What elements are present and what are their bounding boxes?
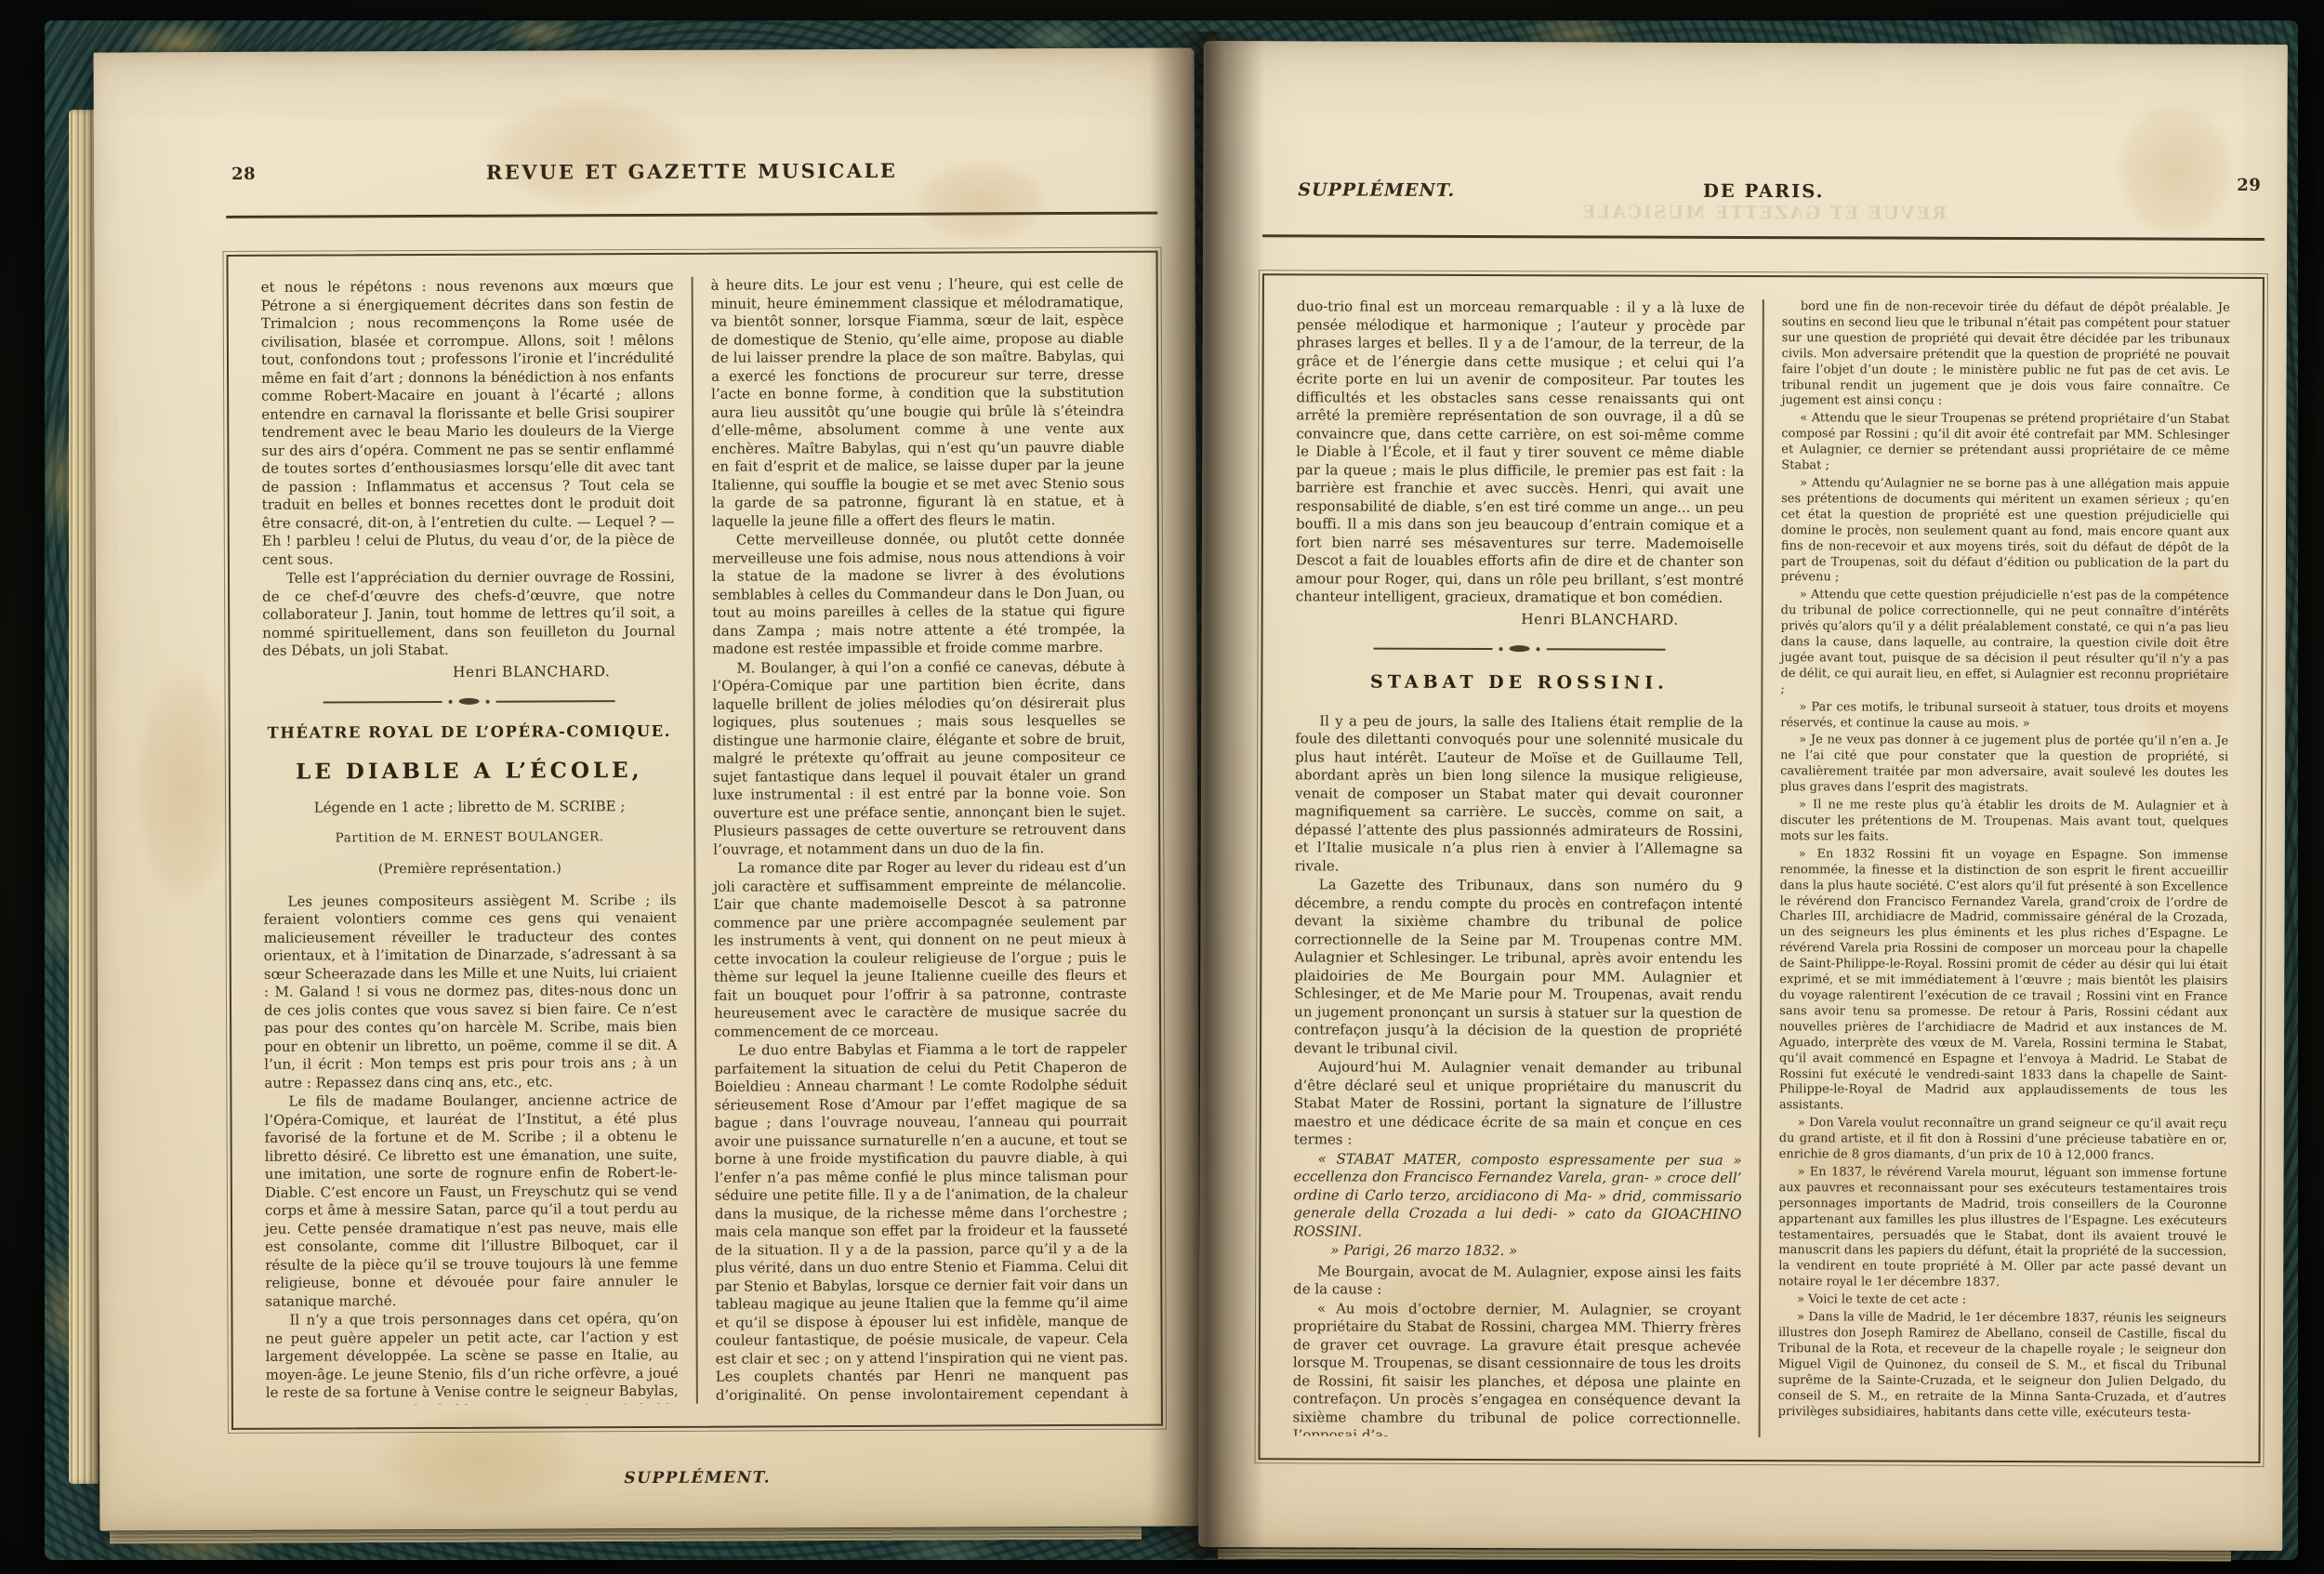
article-paragraph: » Don Varela voulut reconnaître un grand… [1779, 1116, 2227, 1164]
article-paragraph: Aujourd’hui M. Aulagnier venait demander… [1294, 1058, 1742, 1150]
article-paragraph: M. Boulanger, à qui l’on a confié ce can… [712, 657, 1126, 858]
partition-subtitle: Partition de M. ERNEST BOULANGER. [263, 827, 676, 847]
dedication-date: » Parigi, 26 marzo 1832. » [1293, 1241, 1741, 1261]
article-paragraph: et nous le répétons : nous revenons aux … [261, 277, 675, 569]
article-header: THÉATRE ROYAL DE L’OPÉRA-COMIQUE. LE DIA… [263, 722, 677, 880]
article-paragraph: » Dans la ville de Madrid, le 1er décemb… [1778, 1310, 2226, 1422]
article-paragraph: » Par ces motifs, le tribunal surseoit à… [1780, 700, 2228, 733]
column-2: à heure dits. Le jour est venu ; l’heure… [695, 275, 1144, 1404]
author-signature: Henri BLANCHARD. [1296, 610, 1679, 629]
theatre-heading: THÉATRE ROYAL DE L’OPÉRA-COMIQUE. [263, 722, 676, 742]
article-paragraph: » Je ne veux pas donner à ce jugement pl… [1780, 734, 2228, 798]
column-1: et nous le répétons : nous revenons aux … [245, 277, 694, 1406]
text-frame-right: duo-trio final est un morceau remarquabl… [1259, 273, 2265, 1463]
divider-dot [486, 699, 490, 703]
right-page: REVUE ET GAZETTE MUSICALE SUPPLÉMENT. DE… [1198, 41, 2288, 1551]
divider-diamond [1510, 645, 1530, 652]
divider-dot [1537, 647, 1540, 651]
article-paragraph: Me Bourgain, avocat de M. Aulagnier, exp… [1293, 1263, 1741, 1301]
article-paragraph: Il n’y a que trois personnages dans cet … [265, 1310, 679, 1406]
divider-line [496, 700, 615, 703]
article-paragraph: » Attendu qu’Aulagnier ne se borne pas à… [1781, 476, 2229, 588]
author-signature: Henri BLANCHARD. [262, 663, 610, 682]
article-paragraph: bord une fin de non-recevoir tirée du dé… [1781, 299, 2229, 411]
article-paragraph: « Attendu que le sieur Troupenas se prét… [1781, 411, 2229, 475]
column-3: duo-trio final est un morceau remarquabl… [1277, 298, 1761, 1437]
article-paragraph: » Attendu que cette question préjudiciel… [1780, 588, 2228, 699]
libretto-subtitle: Légende en 1 acte ; libretto de M. SCRIB… [263, 798, 676, 817]
column-4: bord une fin de non-recevoir tirée du dé… [1763, 299, 2246, 1439]
left-page: 28 REVUE ET GAZETTE MUSICALE et nous le … [94, 47, 1201, 1530]
divider-line [1374, 647, 1493, 649]
divider-dot [1499, 647, 1503, 651]
text-frame-left: et nous le répétons : nous revenons aux … [226, 251, 1163, 1430]
dedication-quote: « STABAT MATER, composto espressamente p… [1293, 1150, 1741, 1242]
divider-line [1547, 648, 1666, 650]
paper-stain [133, 666, 236, 907]
divider-diamond [459, 698, 480, 705]
stabat-heading: STABAT DE ROSSINI. [1295, 673, 1743, 693]
article-paragraph: à heure dits. Le jour est venu ; l’heure… [711, 275, 1125, 531]
article-paragraph: » Il ne me reste plus qu’à établir les d… [1780, 798, 2228, 846]
article-paragraph: La romance dite par Roger au lever du ri… [713, 858, 1127, 1041]
right-page-header: REVUE ET GAZETTE MUSICALE SUPPLÉMENT. DE… [1262, 179, 2265, 214]
article-paragraph: Le fils de madame Boulanger, ancienne ac… [264, 1091, 678, 1311]
section-divider-ornament [1296, 644, 1744, 653]
article-paragraph: Les jeunes compositeurs assiègent M. Scr… [263, 891, 677, 1091]
journal-title: REVUE ET GAZETTE MUSICALE [226, 158, 1157, 185]
divider-line [324, 700, 442, 703]
page-number-right: 29 [2237, 176, 2261, 195]
article-paragraph: » En 1832 Rossini fit un voyage en Espag… [1779, 847, 2228, 1116]
section-divider-ornament [263, 697, 676, 706]
article-paragraph: » En 1837, le révérend Varela mourut, lé… [1778, 1165, 2226, 1292]
article-paragraph: Il y a peu de jours, la salle des Italie… [1295, 712, 1744, 877]
page-number-left: 28 [231, 165, 256, 184]
book: 28 REVUE ET GAZETTE MUSICALE et nous le … [0, 0, 2324, 1574]
left-page-header: 28 REVUE ET GAZETTE MUSICALE [226, 158, 1157, 192]
header-rule-left [226, 212, 1157, 218]
article-paragraph: « Au mois d’octobre dernier, M. Aulagnie… [1293, 1300, 1742, 1437]
supplement-label: SUPPLÉMENT. [1298, 179, 1455, 201]
article-paragraph: Cette merveilleuse donnée, ou plutôt cet… [712, 530, 1126, 658]
article-paragraph: duo-trio final est un morceau remarquabl… [1296, 298, 1745, 607]
article-paragraph: Telle est l’appréciation du dernier ouvr… [262, 568, 675, 660]
divider-dot [449, 699, 453, 703]
left-page-footer: SUPPLÉMENT. [231, 1467, 1163, 1489]
show-through-text: REVUE ET GAZETTE MUSICALE [1262, 201, 2265, 225]
article-paragraph: La Gazette des Tribunaux, dans son numér… [1294, 876, 1743, 1059]
paper-stain [484, 97, 699, 209]
premiere-subtitle: (Première représentation.) [263, 860, 676, 880]
header-rule-right [1262, 234, 2265, 241]
opera-title: LE DIABLE A L’ÉCOLE, [263, 761, 676, 780]
article-paragraph: Le duo entre Babylas et Fiamma a le tort… [714, 1040, 1129, 1404]
article-paragraph: » Voici le texte de cet acte : [1778, 1292, 2226, 1310]
